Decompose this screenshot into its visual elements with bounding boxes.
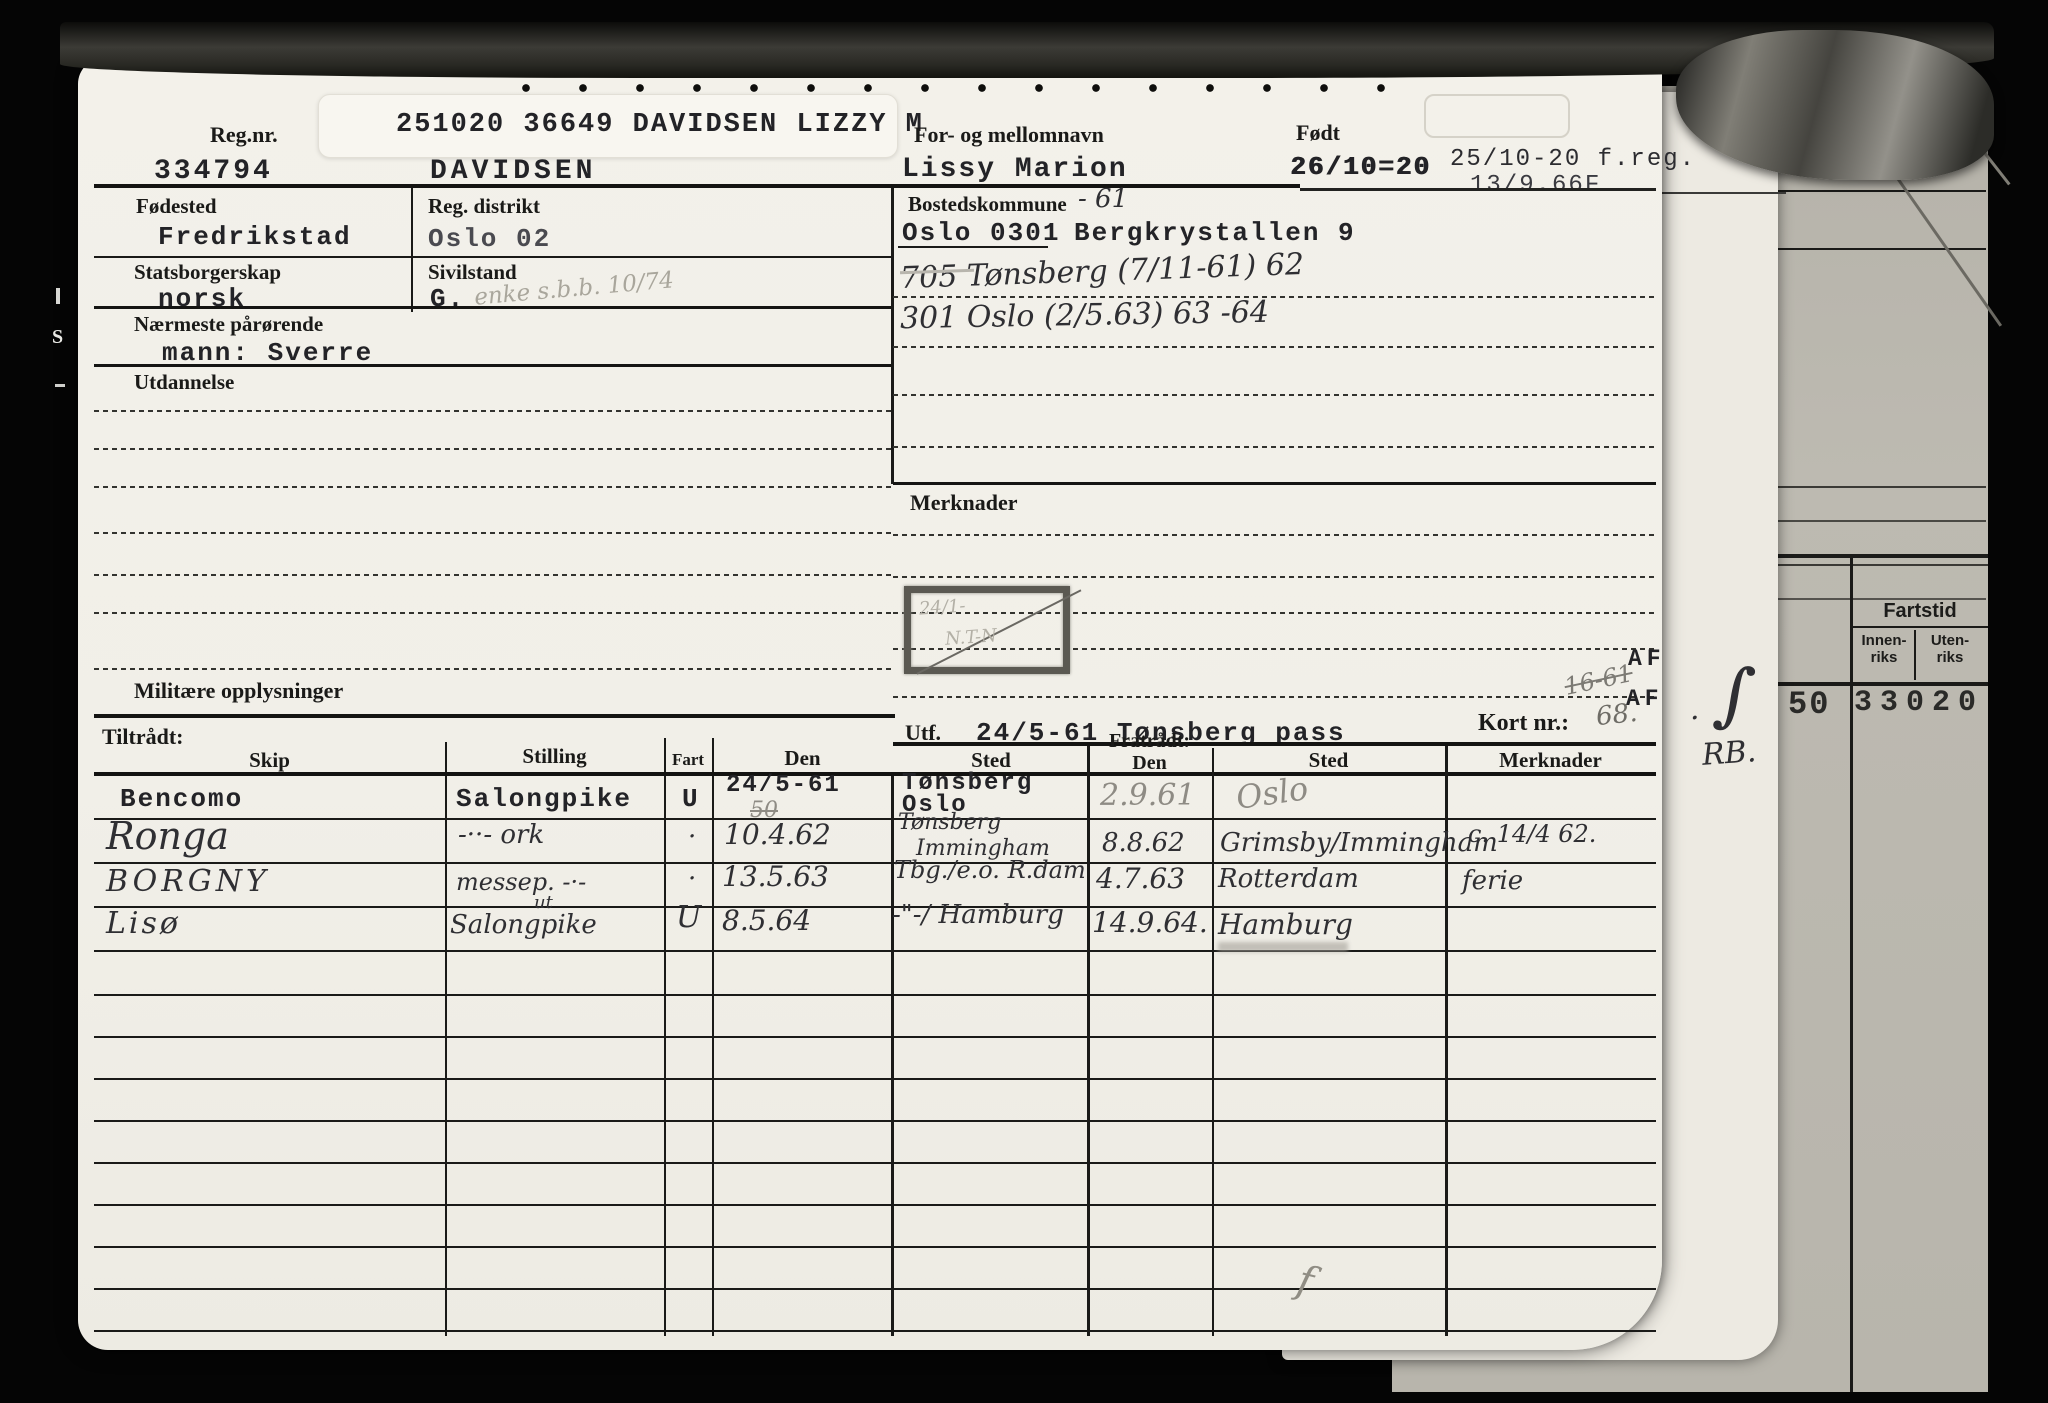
row2-skip: Ronga <box>106 814 229 858</box>
residence-value: Oslo 0301 <box>902 218 1060 248</box>
row1-stilling: Salongpike <box>456 784 632 814</box>
dotted-line <box>94 612 893 614</box>
column-line <box>891 188 894 484</box>
dotted-line <box>94 574 893 576</box>
rule <box>1654 192 1786 194</box>
kort-nr-label: Kort nr.: <box>1478 710 1569 737</box>
stamp-pencil-line1: 24/1- <box>918 595 966 619</box>
column-line <box>1850 558 1853 1392</box>
row2-sted-fra: Grimsby/Immingham <box>1220 828 1498 858</box>
column-line <box>664 776 666 1336</box>
background-card-number-33020: 33020 <box>1854 686 1984 720</box>
row2-fratradt: 8.8.62 <box>1102 828 1185 858</box>
innenriks-line1: Innen- <box>1862 632 1907 649</box>
residence-label: Bostedskommune <box>908 192 1067 217</box>
remarks-label: Merknader <box>910 490 1018 516</box>
scanned-document: · 7 · 8 9 DER: Fartstid Innen-riks Uten-… <box>0 0 2048 1403</box>
rule <box>94 306 893 309</box>
born-note-value: 13/9.66F <box>1470 172 1601 199</box>
row2-den: 10.4.62 <box>724 818 831 851</box>
next-of-kin-label: Nærmeste pårørende <box>134 312 323 337</box>
handwritten-initials: RB. <box>1701 734 1757 773</box>
row-line <box>94 994 1656 996</box>
column-line <box>1212 748 1214 772</box>
rule <box>898 246 1048 248</box>
given-names-label: For- og mellomnavn <box>914 122 1104 148</box>
dotted-line <box>94 448 893 450</box>
rule <box>893 482 1656 485</box>
header-fart: Fart <box>664 750 712 770</box>
row1-sted-fra: Oslo <box>1234 769 1311 817</box>
utenriks-header: Uten-riks <box>1918 632 1982 666</box>
rule <box>1300 188 1656 191</box>
row4-skip: Lisø <box>106 906 181 941</box>
row-line <box>94 818 1656 820</box>
rule <box>94 364 893 367</box>
innenriks-header: Innen-riks <box>1854 632 1914 666</box>
edge-letter-mark: S <box>52 326 63 349</box>
education-label: Utdannelse <box>134 370 234 395</box>
row4-stilling-note: ut <box>534 892 553 913</box>
column-line <box>664 738 666 772</box>
residence-handwritten-2: 301 Oslo (2/5.63) 63 -64 <box>900 295 1269 336</box>
row-line <box>94 950 1656 952</box>
residence-address: Bergkrystallen 9 <box>1074 218 1356 248</box>
row2-stilling: -··- ork <box>458 820 544 850</box>
row-line <box>94 862 1656 864</box>
row-line <box>94 1078 1656 1080</box>
row4-sted-fra: Hamburg <box>1218 908 1353 941</box>
row-line <box>94 1204 1656 1206</box>
header-merknader: Merknader <box>1445 748 1656 773</box>
birthplace-label: Fødested <box>136 194 217 219</box>
record-card: Reg.nr. 251020 36649 DAVIDSEN LIZZY M 33… <box>78 58 1662 1350</box>
rule <box>94 714 895 718</box>
utenriks-line2: riks <box>1937 649 1964 666</box>
row-line <box>94 1330 1656 1332</box>
stamp-pencil-line2: N.T-N <box>944 625 997 650</box>
card-number-value: 334794 <box>154 156 273 187</box>
row4-den: 8.5.64 <box>722 904 811 937</box>
bottom-pencil-mark: f <box>1293 1257 1319 1305</box>
dotted-line <box>893 446 1656 448</box>
row4-stilling: Salongpike <box>450 910 597 940</box>
column-line <box>1914 630 1916 680</box>
dotted-line <box>94 486 893 488</box>
rule <box>94 256 893 258</box>
column-line <box>712 776 714 1336</box>
district-label: Reg. distrikt <box>428 194 540 219</box>
fartstid-header: Fartstid <box>1852 600 1988 623</box>
tiltradt-label: Tiltrådt: <box>102 724 183 750</box>
background-card-number-50: 50 <box>1788 686 1830 723</box>
column-line <box>445 776 447 1336</box>
given-names-value: Lissy Marion <box>902 154 1128 185</box>
row3-stilling: messep. -·- <box>456 868 586 896</box>
born-label: Født <box>1296 120 1340 146</box>
marital-value: G. <box>430 284 465 314</box>
surname-value: DAVIDSEN <box>430 156 596 187</box>
cancelled-stamp-box: 24/1- N.T-N <box>904 586 1070 674</box>
empty-label-outline <box>1424 94 1570 138</box>
dotted-line <box>893 296 1656 298</box>
edge-speck <box>55 384 65 387</box>
row3-den: 13.5.63 <box>722 860 829 893</box>
column-line <box>712 738 714 772</box>
citizenship-label: Statsborgerskap <box>134 260 281 285</box>
row3-fart: · <box>688 864 696 894</box>
row1-den: 24/5-61 <box>726 772 841 799</box>
row2-fart: · <box>688 822 696 852</box>
column-line <box>1212 772 1214 1336</box>
row3-sted-fra: Rotterdam <box>1218 864 1359 894</box>
header-den: Den <box>712 746 893 771</box>
table-top-rule <box>94 772 1656 776</box>
perforation-dots <box>520 80 1400 96</box>
row3-sted: Tbg./e.o. R.dam <box>894 856 1086 884</box>
row1-fratradt: 2.9.61 <box>1100 778 1195 813</box>
district-value: Oslo 02 <box>428 224 551 254</box>
row3-skip: BORGNY <box>106 864 270 899</box>
citizenship-value: norsk <box>158 284 246 314</box>
dotted-line <box>893 346 1656 348</box>
residence-label-note: - 61 <box>1078 184 1128 214</box>
kort-nr-note-2: 68. <box>1595 698 1639 732</box>
row3-fratradt: 4.7.63 <box>1096 862 1185 895</box>
row-line <box>94 1162 1656 1164</box>
header-stilling: Stilling <box>445 744 664 769</box>
row2-merknader: c. 14/4 62. <box>1468 820 1596 848</box>
rule <box>1850 626 1988 628</box>
dotted-line <box>94 410 893 412</box>
reg-line-value: 251020 36649 DAVIDSEN LIZZY M <box>396 110 924 140</box>
row4-fart: U <box>676 900 701 935</box>
born-corrected-value: 25/10-20 f.reg. <box>1450 146 1696 173</box>
header-skip: Skip <box>94 748 445 773</box>
row3-merknader: ferie <box>1462 866 1523 896</box>
birthplace-value: Fredrikstad <box>158 222 352 252</box>
dotted-line <box>94 668 893 670</box>
edge-speck <box>56 288 60 304</box>
utenriks-line1: Uten- <box>1931 632 1969 649</box>
row2-sted: Tønsberg <box>898 810 1001 835</box>
column-line <box>445 742 447 772</box>
row4-sted: -"-/ Hamburg <box>892 900 1064 930</box>
row-line <box>94 1288 1656 1290</box>
dotted-line <box>893 394 1656 396</box>
row1-skip: Bencomo <box>120 784 243 814</box>
kort-nr-note-1: 16-61 <box>1562 659 1635 701</box>
dotted-line <box>893 534 1656 536</box>
smudge-mark <box>1218 942 1348 952</box>
column-line <box>1087 746 1090 1336</box>
header-fratradt: Fratrådt: <box>1087 730 1212 753</box>
military-label: Militære opplysninger <box>134 678 343 704</box>
handwritten-dot: . <box>1690 692 1700 727</box>
row-line <box>94 906 1656 908</box>
column-line <box>411 188 413 312</box>
row-line <box>94 1120 1656 1122</box>
row-line <box>94 1246 1656 1248</box>
row1-fart: U <box>682 784 700 814</box>
row4-fratradt: 14.9.64. <box>1092 906 1208 939</box>
innenriks-line2: riks <box>1871 649 1898 666</box>
born-struck-value: 26/10=20 <box>1290 152 1431 182</box>
handwritten-flourish: ∫ <box>1710 650 1759 738</box>
row-line <box>94 1036 1656 1038</box>
rule <box>893 742 1656 746</box>
header-sted2: Sted <box>1212 748 1445 773</box>
af-mark-1: AF <box>1628 646 1666 672</box>
dotted-line <box>94 532 893 534</box>
dotted-line <box>893 696 1656 698</box>
regnr-label: Reg.nr. <box>210 122 278 148</box>
dotted-line <box>893 576 1656 578</box>
